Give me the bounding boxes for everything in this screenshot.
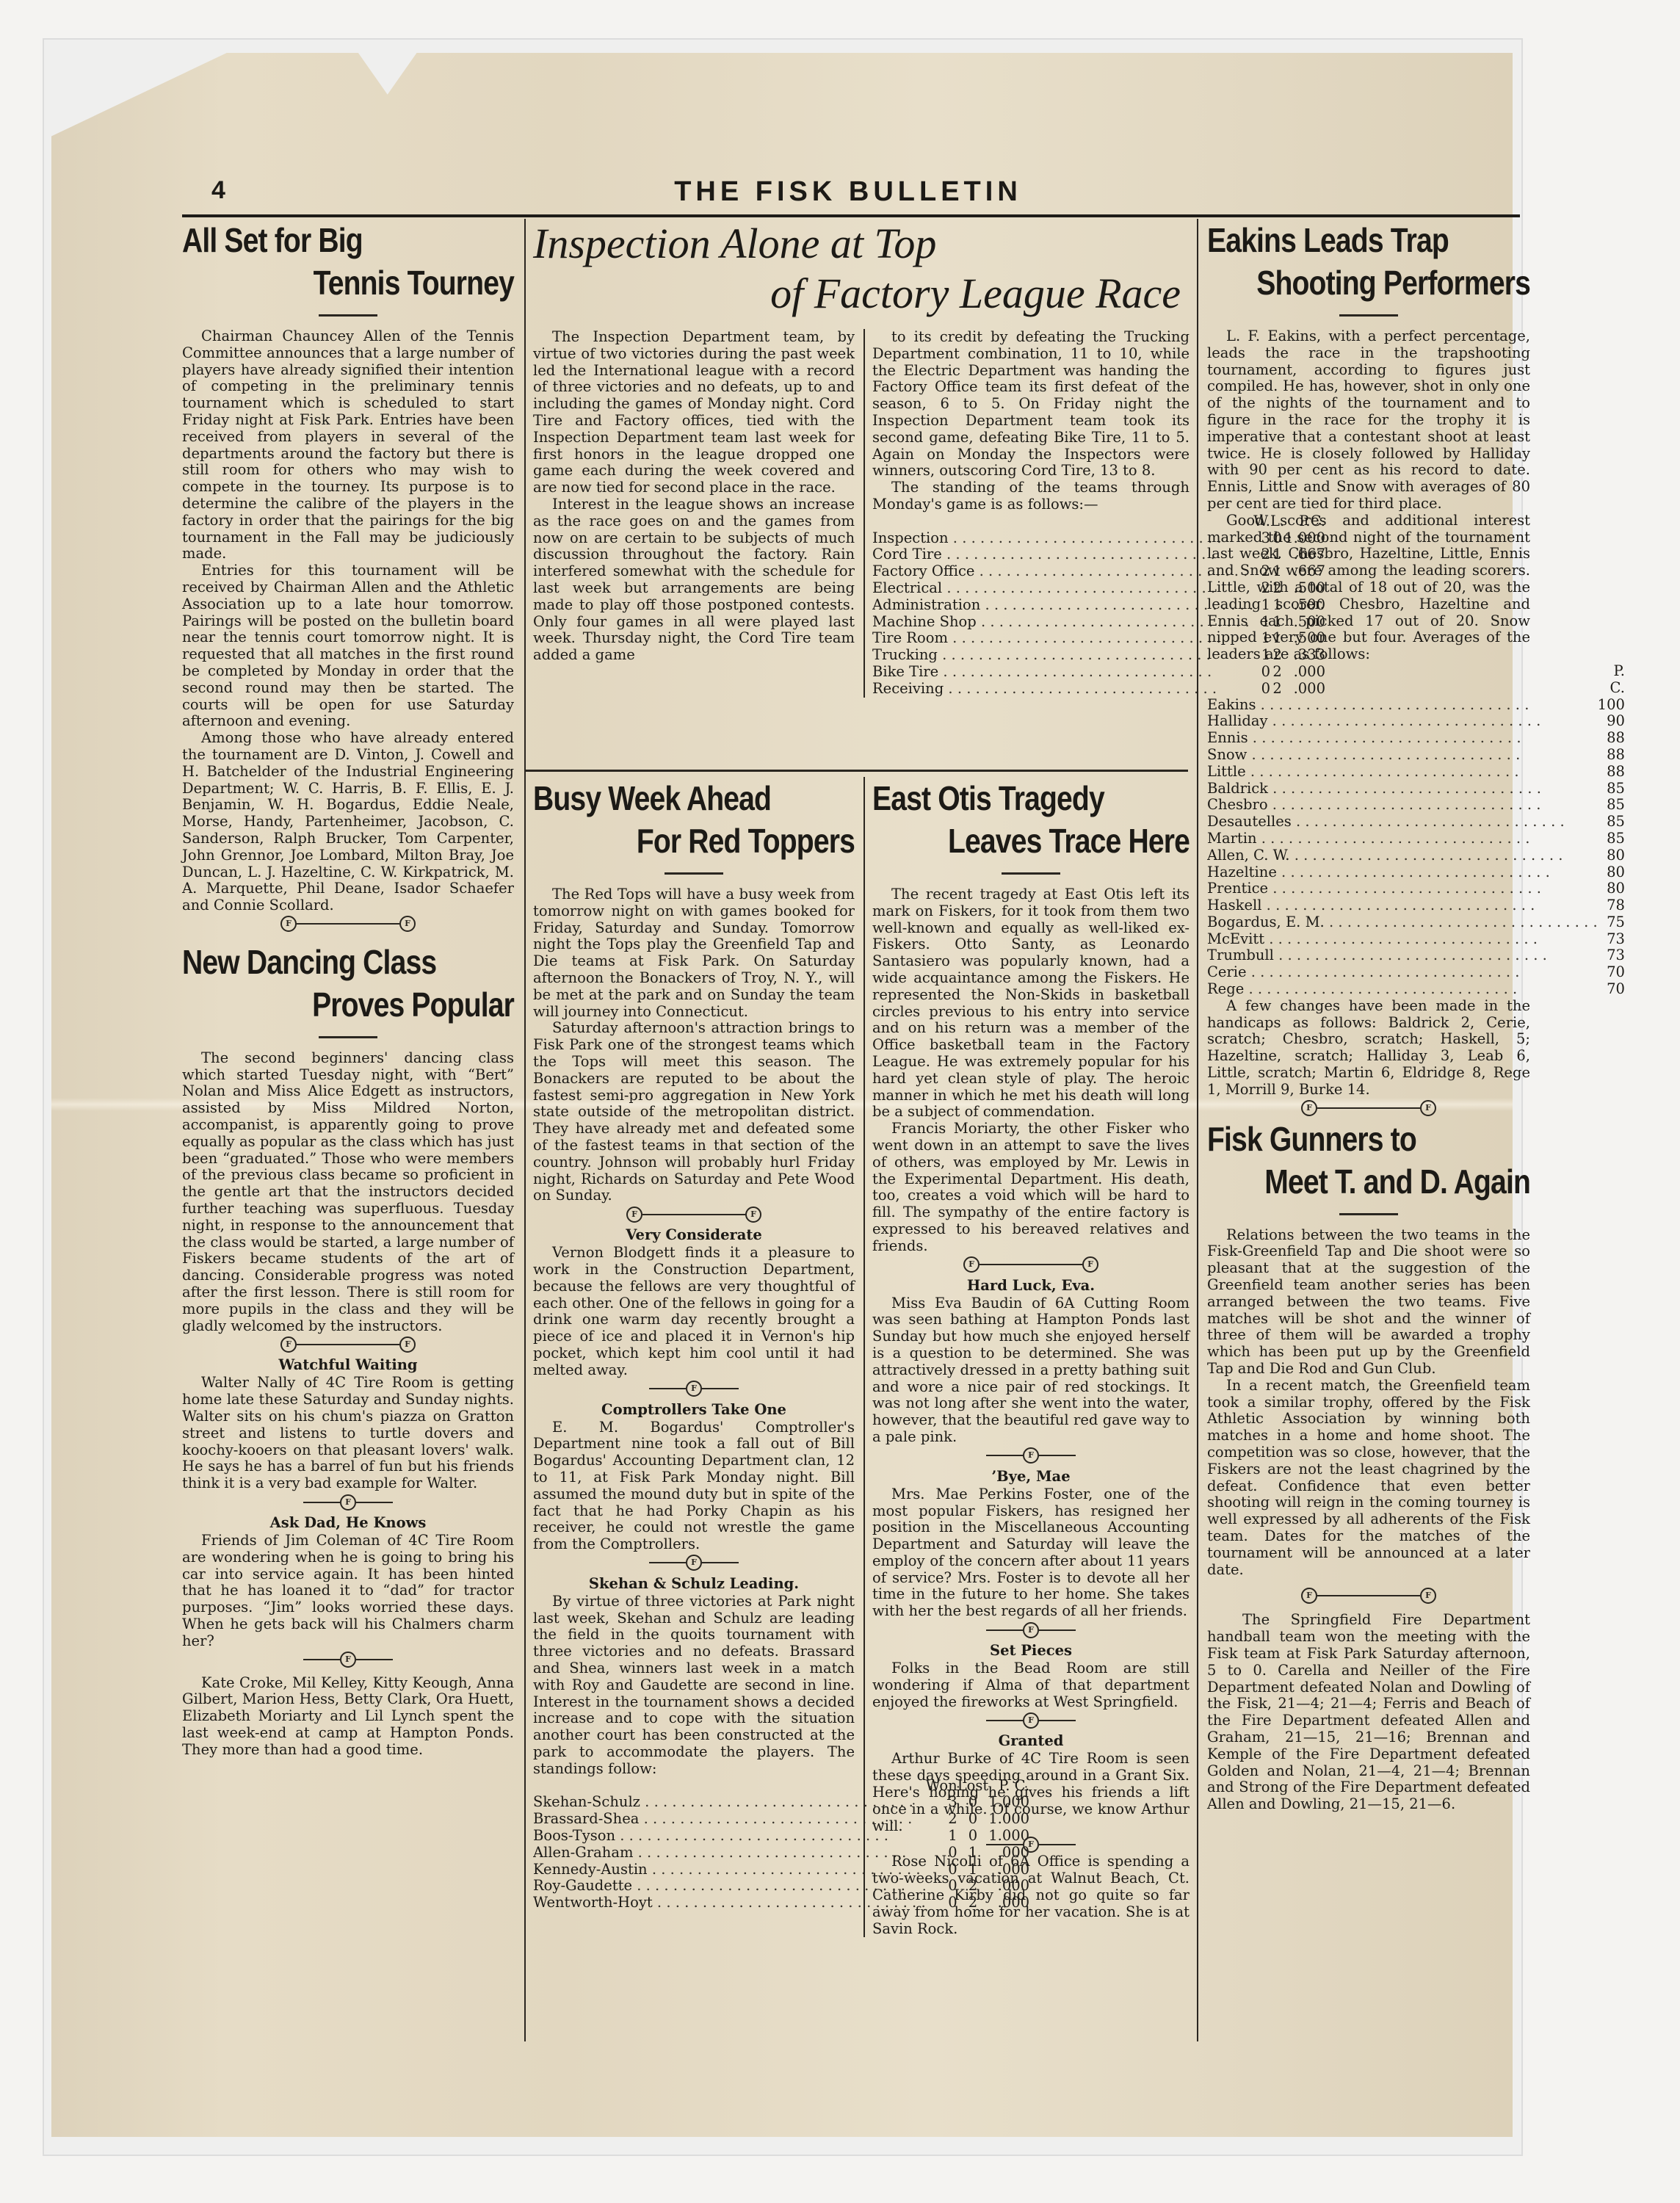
percentage: 85: [1598, 831, 1625, 847]
table-row: Bogardus, E. M.75: [1207, 914, 1625, 931]
separator-ornament: F: [872, 1620, 1190, 1639]
f-emblem-icon: F: [399, 1336, 416, 1353]
percentage: 85: [1598, 781, 1625, 797]
table-row: Chesbro85: [1207, 797, 1625, 814]
item-watchful-waiting: Watchful Waiting Walter Nally of 4C Tire…: [182, 1356, 514, 1492]
table-row: Allen, C. W.80: [1207, 847, 1625, 864]
paragraph: In a recent match, the Greenfield team t…: [1207, 1378, 1530, 1579]
article-gunners: Fisk Gunners to Meet T. and D. Again Rel…: [1207, 1118, 1530, 1579]
percentage: 90: [1598, 713, 1625, 730]
paragraph: L. F. Eakins, with a perfect percentage,…: [1207, 328, 1530, 513]
headline-line-2: Meet T. and D. Again: [1256, 1160, 1530, 1203]
table-row: Martin85: [1207, 831, 1625, 847]
newspaper-title: THE FISK BULLETIN: [176, 176, 1520, 208]
shooter-name: Chesbro: [1207, 797, 1598, 814]
paragraph: Good scores and additional interest mark…: [1207, 513, 1530, 663]
headline-dash: [1339, 1213, 1398, 1215]
shooter-name: Cerie: [1207, 964, 1598, 981]
separator-ornament: F: [182, 1650, 514, 1669]
paragraph: Walter Nally of 4C Tire Room is getting …: [182, 1375, 514, 1492]
headline-dash: [1002, 872, 1060, 875]
paragraph: By virtue of three victories at Park nig…: [533, 1594, 855, 1778]
subheading: ’Bye, Mae: [872, 1468, 1190, 1485]
table-row: Prentice80: [1207, 880, 1625, 897]
separator-ornament: FF: [1207, 1585, 1530, 1605]
paragraph: The Red Tops will have a busy week from …: [533, 886, 855, 1020]
section-rule: [526, 770, 1188, 772]
separator-ornament: FF: [182, 1334, 514, 1353]
separator-ornament: FF: [533, 1204, 855, 1223]
table-row: Baldrick85: [1207, 781, 1625, 797]
shooter-name: Haskell: [1207, 897, 1598, 914]
percentage: 75: [1598, 914, 1625, 931]
f-emblem-icon: F: [1082, 1256, 1098, 1273]
percentage: 85: [1598, 814, 1625, 831]
headline-line-2: Leaves Trace Here: [920, 820, 1190, 862]
f-emblem-icon: F: [1420, 1100, 1436, 1116]
separator-ornament: F: [182, 1492, 514, 1511]
article-tennis: All Set for Big Tennis Tourney Chairman …: [182, 219, 514, 914]
percentage: 100: [1598, 697, 1625, 714]
subheading: Watchful Waiting: [182, 1356, 514, 1373]
column-3: Eakins Leads Trap Shooting Performers L.…: [1197, 219, 1530, 2041]
inspection-right-text: to its credit by defeating the Trucking …: [863, 329, 1190, 698]
paragraph: Arthur Burke of 4C Tire Room is seen the…: [872, 1751, 1190, 1834]
percentage: 85: [1598, 797, 1625, 814]
paragraph: The recent tragedy at East Otis left its…: [872, 886, 1190, 1121]
table-row: Trumbull73: [1207, 947, 1625, 964]
paragraph: E. M. Bogardus' Comptroller's Department…: [533, 1419, 855, 1553]
subheading: Granted: [872, 1732, 1190, 1749]
f-emblem-icon: F: [1420, 1588, 1436, 1604]
shooter-name: Eakins: [1207, 697, 1598, 714]
shooter-name: Little: [1207, 764, 1598, 781]
paragraph: Chairman Chauncey Allen of the Tennis Co…: [182, 328, 514, 562]
separator-ornament: FF: [872, 1255, 1190, 1274]
shooter-name: Snow: [1207, 747, 1598, 764]
shooter-name: McEvitt: [1207, 931, 1598, 948]
paragraph: A few changes have been made in the hand…: [1207, 998, 1530, 1099]
headline-dash: [319, 1036, 377, 1038]
f-emblem-icon: F: [963, 1256, 980, 1273]
percentage: 88: [1598, 764, 1625, 781]
subheading: Skehan & Schulz Leading.: [533, 1575, 855, 1592]
subheading: Set Pieces: [872, 1642, 1190, 1659]
paragraph: Francis Moriarty, the other Fisker who w…: [872, 1121, 1190, 1254]
headline-line-2: of Factory League Race: [533, 269, 1188, 319]
article-red-toppers: Busy Week Ahead For Red Toppers The Red …: [526, 777, 855, 1911]
shooter-name: Trumbull: [1207, 947, 1598, 964]
item-ask-dad: Ask Dad, He Knows Friends of Jim Coleman…: [182, 1514, 514, 1650]
paragraph: Mrs. Mae Perkins Foster, one of the most…: [872, 1486, 1190, 1620]
paragraph: Saturday afternoon's attraction brings t…: [533, 1020, 855, 1204]
headline-dash: [665, 872, 723, 875]
f-emblem-icon: F: [1023, 1447, 1039, 1464]
percentage: 88: [1598, 730, 1625, 747]
newspaper-page: 4 THE FISK BULLETIN All Set for Big Tenn…: [176, 169, 1520, 2041]
paragraph: Relations between the two teams in the F…: [1207, 1227, 1530, 1378]
table-row: Desautelles85: [1207, 814, 1625, 831]
item-camp: Kate Croke, Mil Kelley, Kitty Keough, An…: [182, 1675, 514, 1759]
f-emblem-icon: F: [745, 1207, 761, 1223]
paragraph: The second beginners' dancing class whic…: [182, 1050, 514, 1335]
paragraph: to its credit by defeating the Trucking …: [872, 329, 1190, 480]
percentage: 80: [1598, 847, 1625, 864]
shooter-name: Prentice: [1207, 880, 1598, 897]
f-emblem-icon: F: [686, 1381, 702, 1397]
shooter-name: Halliday: [1207, 713, 1598, 730]
separator-ornament: FF: [182, 914, 514, 933]
table-row: McEvitt73: [1207, 931, 1625, 948]
table-row: Haskell78: [1207, 897, 1625, 914]
item-handball: The Springfield Fire Department handball…: [1207, 1612, 1530, 1813]
paragraph: Among those who have already entered the…: [182, 730, 514, 914]
article-eakins: Eakins Leads Trap Shooting Performers L.…: [1207, 219, 1530, 1099]
table-row: Hazeltine80: [1207, 864, 1625, 881]
subheading: Comptrollers Take One: [533, 1401, 855, 1418]
percentage: 88: [1598, 747, 1625, 764]
f-emblem-icon: F: [1301, 1100, 1317, 1116]
masthead: 4 THE FISK BULLETIN: [176, 169, 1520, 219]
f-emblem-icon: F: [1301, 1588, 1317, 1604]
trapshooting-averages-table: P. C. Eakins100Halliday90Ennis88Snow88Li…: [1207, 663, 1625, 998]
article-inspection-headline: Inspection Alone at Top of Factory Leagu…: [526, 219, 1188, 319]
table-row: Eakins100: [1207, 697, 1625, 714]
headline-line-1: Eakins Leads Trap: [1207, 219, 1482, 261]
subheading: Ask Dad, He Knows: [182, 1514, 514, 1531]
shooter-name: Rege: [1207, 981, 1598, 998]
headline-line-1: Busy Week Ahead: [533, 777, 806, 820]
shooter-name: Martin: [1207, 831, 1598, 847]
shooter-name: Ennis: [1207, 730, 1598, 747]
separator-ornament: F: [872, 1834, 1190, 1853]
f-emblem-icon: F: [1023, 1837, 1039, 1853]
headline-line-1: Fisk Gunners to: [1207, 1118, 1482, 1160]
separator-ornament: F: [533, 1379, 855, 1398]
masthead-rule: [182, 214, 1520, 217]
subheading: Very Considerate: [533, 1226, 855, 1243]
article-dancing: New Dancing Class Proves Popular The sec…: [182, 941, 514, 1335]
table-row: Halliday90: [1207, 713, 1625, 730]
shooter-name: Desautelles: [1207, 814, 1598, 831]
paragraph: The Inspection Department team, by virtu…: [533, 329, 855, 496]
percentage: 70: [1598, 964, 1625, 981]
f-emblem-icon: F: [399, 916, 416, 932]
paragraph: The standing of the teams through Monday…: [872, 480, 1190, 513]
headline-line-1: New Dancing Class: [182, 941, 464, 983]
inspection-left-text: The Inspection Department team, by virtu…: [526, 329, 855, 664]
headline-line-2: Tennis Tourney: [232, 261, 514, 304]
table-row: Snow88: [1207, 747, 1625, 764]
headline-line-1: East Otis Tragedy: [872, 777, 1142, 820]
f-emblem-icon: F: [686, 1555, 702, 1571]
headline-dash: [1339, 314, 1398, 316]
paragraph: Friends of Jim Coleman of 4C Tire Room a…: [182, 1533, 514, 1650]
percentage: 73: [1598, 947, 1625, 964]
separator-ornament: FF: [1207, 1099, 1530, 1118]
shooter-name: Allen, C. W.: [1207, 847, 1598, 864]
percentage: 73: [1598, 931, 1625, 948]
paragraph: The Springfield Fire Department handball…: [1207, 1612, 1530, 1813]
headline-line-2: Shooting Performers: [1256, 261, 1530, 304]
separator-ornament: F: [872, 1446, 1190, 1465]
f-emblem-icon: F: [340, 1494, 356, 1511]
shooter-name: Hazeltine: [1207, 864, 1598, 881]
percentage: 70: [1598, 981, 1625, 998]
headline-dash: [319, 314, 377, 316]
separator-ornament: F: [533, 1553, 855, 1572]
column-1: All Set for Big Tennis Tourney Chairman …: [182, 219, 514, 2041]
separator-ornament: F: [872, 1710, 1190, 1729]
subheading: Hard Luck, Eva.: [872, 1277, 1190, 1294]
f-emblem-icon: F: [280, 1336, 297, 1353]
headline-line-1: All Set for Big: [182, 219, 464, 261]
column-2: Inspection Alone at Top of Factory Leagu…: [524, 219, 1188, 2041]
paragraph: Interest in the league shows an increase…: [533, 496, 855, 664]
paragraph: Kate Croke, Mil Kelley, Kitty Keough, An…: [182, 1675, 514, 1759]
f-emblem-icon: F: [1023, 1622, 1039, 1638]
paragraph: Rose Nicolli of 6A Office is spending a …: [872, 1853, 1190, 1937]
shooter-name: Bogardus, E. M.: [1207, 914, 1598, 931]
f-emblem-icon: F: [340, 1652, 356, 1668]
f-emblem-icon: F: [626, 1207, 642, 1223]
f-emblem-icon: F: [280, 916, 297, 932]
table-row: Rege70: [1207, 981, 1625, 998]
headline-line-2: Proves Popular: [232, 983, 514, 1026]
percentage: 80: [1598, 864, 1625, 881]
col-header-pc: P. C.: [1598, 663, 1625, 697]
article-east-otis: East Otis Tragedy Leaves Trace Here The …: [863, 777, 1190, 1937]
shooter-name: Baldrick: [1207, 781, 1598, 797]
headline-line-1: Inspection Alone at Top: [533, 219, 1188, 269]
paragraph: Entries for this tournament will be rece…: [182, 562, 514, 730]
table-row: Ennis88: [1207, 730, 1625, 747]
paragraph: Vernon Blodgett finds it a pleasure to w…: [533, 1245, 855, 1378]
headline-line-2: For Red Toppers: [582, 820, 855, 862]
percentage: 80: [1598, 880, 1625, 897]
paragraph: Folks in the Bead Room are still wonderi…: [872, 1660, 1190, 1710]
percentage: 78: [1598, 897, 1625, 914]
f-emblem-icon: F: [1023, 1712, 1039, 1729]
table-row: Cerie70: [1207, 964, 1625, 981]
table-row: Little88: [1207, 764, 1625, 781]
paragraph: Miss Eva Baudin of 6A Cutting Room was s…: [872, 1295, 1190, 1446]
